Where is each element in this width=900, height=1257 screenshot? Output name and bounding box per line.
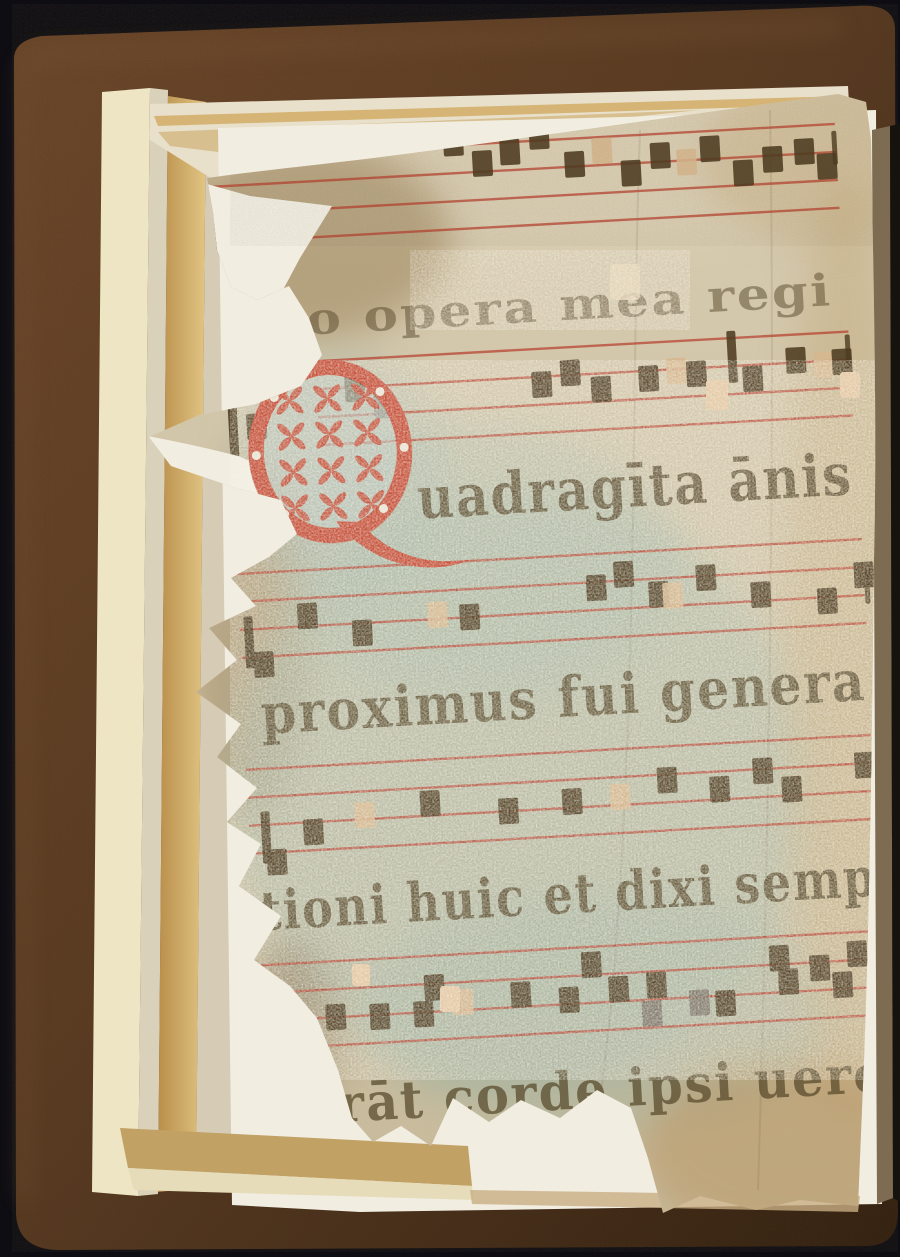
manuscript-scene: ego opera mea regi uadragīta ānis proxim… <box>0 0 900 1257</box>
flaking-texture <box>230 360 880 1080</box>
flaking-texture-line1 <box>410 250 690 330</box>
photograph-of-open-book: ego opera mea regi uadragīta ānis proxim… <box>0 0 900 1257</box>
